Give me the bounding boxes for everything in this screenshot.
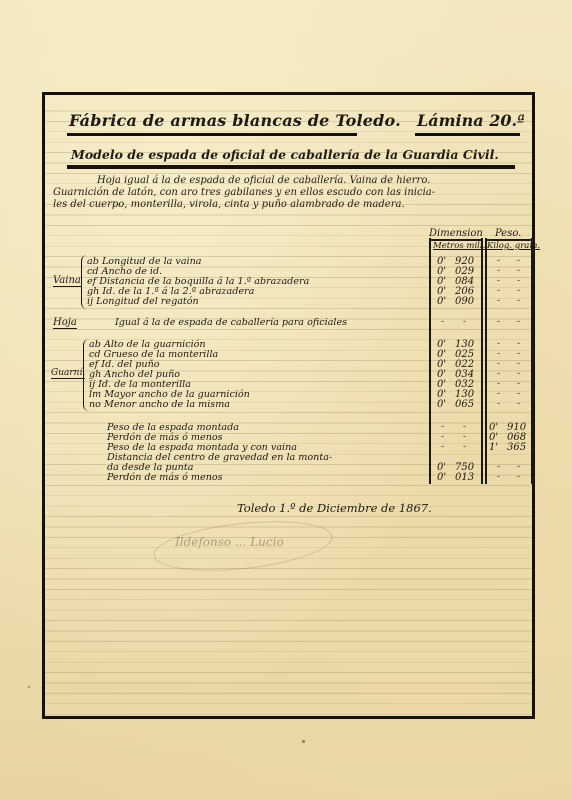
total-5-w-dec: - [517, 462, 520, 472]
guarn-ef-w-int: - [497, 359, 500, 369]
dimension-header-rule [429, 239, 481, 241]
guarn-lm-w-int: - [497, 389, 500, 399]
row-vaina-ij: ij Longitud del regatón [87, 296, 199, 307]
hoja-w-int: - [497, 317, 500, 327]
guarn-ab-w-int: - [497, 339, 500, 349]
total-2-dim-dec: - [463, 432, 466, 442]
guarn-no-dim-dec: 065 [455, 399, 474, 410]
total-2-dim-int: - [441, 432, 444, 442]
col-line-dim-right [481, 238, 483, 484]
guarn-ef-w-dec: - [517, 359, 520, 369]
row-hoja: Igual á la de espada de caballería para … [115, 317, 347, 328]
col-line-weight-right [531, 238, 534, 484]
vaina-ij-w-dec: - [517, 296, 520, 306]
guarn-lm-w-dec: - [517, 389, 520, 399]
paper-speck [302, 740, 305, 743]
vaina-ab-w-dec: - [517, 256, 520, 266]
description-line-1: Hoja igual á la de espada de oficial de … [97, 175, 430, 186]
guarn-ij-w-dec: - [517, 379, 520, 389]
total-3-dim-dec: - [463, 442, 466, 452]
total-6-w-dec: - [517, 472, 520, 482]
document-frame: Fábrica de armas blancas de Toledo. Lámi… [42, 92, 535, 719]
guarn-no-w-dec: - [517, 399, 520, 409]
guarn-no-w-int: - [497, 399, 500, 409]
paper-speck [28, 686, 30, 688]
document-title: Fábrica de armas blancas de Toledo. [69, 111, 401, 130]
vaina-ij-dim-int: 0' [437, 296, 446, 307]
total-row-6: Perdón de más ó menos [107, 472, 223, 483]
col-line-dim-left [429, 238, 431, 484]
title-underline [67, 133, 357, 136]
hoja-w-dec: - [517, 317, 520, 327]
total-6-w-int: - [497, 472, 500, 482]
total-3-dim-int: - [441, 442, 444, 452]
total-1-dim-int: - [441, 422, 444, 432]
guarn-cd-w-dec: - [517, 349, 520, 359]
total-3-w-dec: 365 [507, 442, 526, 453]
total-3-w-int: 1' [489, 442, 498, 453]
description-line-3: les del cuerpo, monterilla, virola, cint… [53, 199, 405, 210]
total-6-dim-dec: 013 [455, 472, 474, 483]
group-label-guarnicion: Guarní. [51, 368, 85, 379]
vaina-ij-w-int: - [497, 296, 500, 306]
col-line-weight-left [485, 238, 487, 484]
guarn-ij-w-int: - [497, 379, 500, 389]
hoja-dim-dec: - [463, 317, 466, 327]
plate-number: Lámina 20.ª [417, 111, 525, 130]
dimension-unit-header: Metros mili. [433, 241, 485, 251]
group-label-hoja: Hoja [53, 317, 77, 329]
total-6-dim-int: 0' [437, 472, 446, 483]
guarn-ab-w-dec: - [517, 339, 520, 349]
signature: Ildefonso ... Lucio [175, 535, 284, 549]
subtitle-underline [67, 165, 515, 169]
hoja-dim-int: - [441, 317, 444, 327]
vaina-ab-w-int: - [497, 256, 500, 266]
plate-underline [415, 133, 520, 136]
vaina-gh-w-int: - [497, 286, 500, 296]
dimension-header: Dimension [429, 228, 483, 239]
guarn-gh-w-int: - [497, 369, 500, 379]
group-label-vaina: Vaina [53, 275, 81, 287]
guarn-cd-w-int: - [497, 349, 500, 359]
document-date: Toledo 1.º de Diciembre de 1867. [237, 501, 432, 515]
vaina-gh-w-dec: - [517, 286, 520, 296]
vaina-ef-w-int: - [497, 276, 500, 286]
vaina-cd-w-dec: - [517, 266, 520, 276]
weight-header: Peso. [495, 228, 521, 239]
vaina-cd-w-int: - [497, 266, 500, 276]
vaina-ij-dim-dec: 090 [455, 296, 474, 307]
guarn-no-dim-int: 0' [437, 399, 446, 410]
total-5-w-int: - [497, 462, 500, 472]
total-1-dim-dec: - [463, 422, 466, 432]
description-line-2: Guarnición de latón, con aro tres gabila… [53, 187, 435, 198]
row-guarn-no: no Menor ancho de la misma [89, 399, 230, 410]
vaina-ef-w-dec: - [517, 276, 520, 286]
guarn-gh-w-dec: - [517, 369, 520, 379]
weight-header-rule [485, 239, 531, 241]
document-subtitle: Modelo de espada de oficial de caballerí… [71, 147, 499, 162]
